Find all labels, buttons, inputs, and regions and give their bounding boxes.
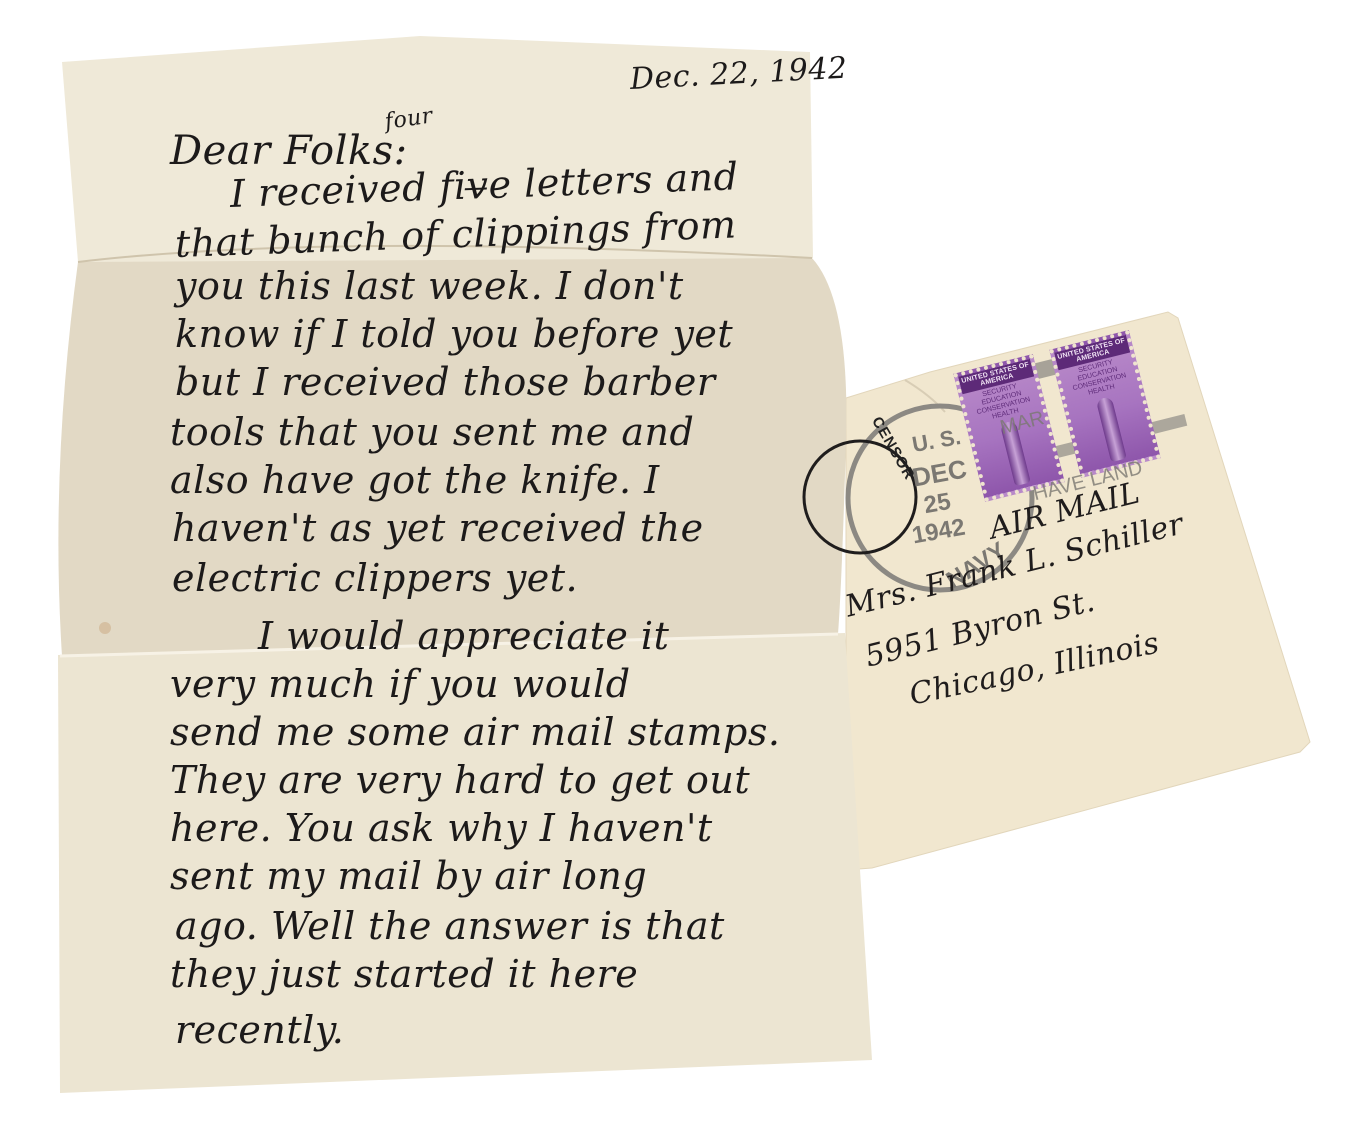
- letter-line: haven't as yet received the: [172, 506, 704, 550]
- letter-line: but I received those barber: [175, 360, 716, 404]
- letter-line: tools that you sent me and: [170, 410, 694, 454]
- torch-icon: [1096, 396, 1127, 462]
- letter-line: here. You ask why I haven't: [170, 806, 713, 850]
- letter-line: They are very hard to get out: [170, 758, 750, 802]
- letter-line: ago. Well the answer is that: [175, 904, 725, 948]
- letter-line: electric clippers yet.: [172, 556, 578, 600]
- letter-line: recently.: [175, 1008, 344, 1052]
- letter-line: you this last week. I don't: [175, 264, 684, 308]
- letter-line: sent my mail by air long: [170, 854, 647, 898]
- letter-line: also have got the knife. I: [170, 458, 660, 502]
- letter-line: know if I told you before yet: [175, 312, 733, 356]
- letter-line: send me some air mail stamps.: [170, 710, 780, 754]
- letter-line: very much if you would: [170, 662, 631, 706]
- letter-line: I would appreciate it: [258, 614, 669, 658]
- letter-line: they just started it here: [170, 952, 638, 996]
